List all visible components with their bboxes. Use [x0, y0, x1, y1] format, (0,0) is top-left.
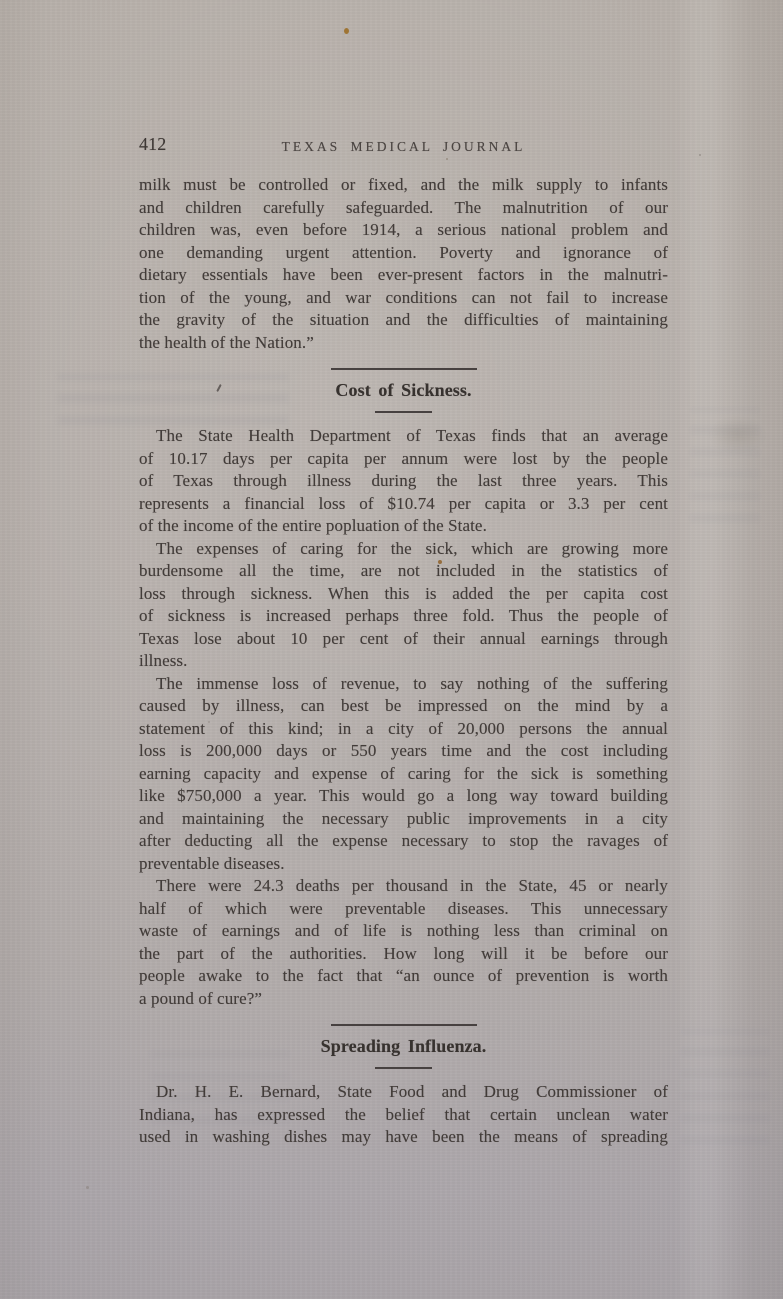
text-line: milk must be controlled or fixed, and th… [139, 174, 668, 197]
paragraph: The expenses of caring for the sick, whi… [139, 538, 668, 673]
article-body: milk must be controlled or fixed, and th… [139, 174, 668, 1149]
text-line: and children carefully safeguarded. The … [139, 197, 668, 220]
text-line: caused by illness, can best be impressed… [139, 695, 668, 718]
section-divider-rule [331, 368, 477, 370]
text-line: Dr. H. E. Bernard, State Food and Drug C… [139, 1081, 668, 1104]
text-line: the part of the authorities. How long wi… [139, 943, 668, 966]
text-line: the health of the Nation.” [139, 332, 668, 355]
section-heading-spreading-influenza: Spreading Influenza. [139, 1035, 668, 1057]
text-line: The immense loss of revenue, to say noth… [139, 673, 668, 696]
text-line: There were 24.3 deaths per thousand in t… [139, 875, 668, 898]
text-line: of 10.17 days per capita per annum were … [139, 448, 668, 471]
text-line: burdensome all the time, are not include… [139, 560, 668, 583]
paragraph: There were 24.3 deaths per thousand in t… [139, 875, 668, 1010]
scanned-page: 412 TEXAS MEDICAL JOURNAL milk must be c… [0, 0, 783, 1299]
text-line: The State Health Department of Texas fin… [139, 425, 668, 448]
text-line: earning capacity and expense of caring f… [139, 763, 668, 786]
text-line: the gravity of the situation and the dif… [139, 309, 668, 332]
paper-speck [86, 1186, 89, 1189]
text-line: loss through sickness. When this is adde… [139, 583, 668, 606]
text-line: one demanding urgent attention. Poverty … [139, 242, 668, 265]
page-number: 412 [139, 133, 166, 156]
page-header: 412 TEXAS MEDICAL JOURNAL [139, 132, 668, 156]
show-through-ghosting [690, 408, 760, 528]
section-divider-rule [331, 1024, 477, 1026]
paper-speck [699, 154, 701, 156]
text-line: represents a financial loss of $10.74 pe… [139, 493, 668, 516]
text-line: after deducting all the expense necessar… [139, 830, 668, 853]
text-line: of the income of the entire popluation o… [139, 515, 668, 538]
show-through-ghosting [680, 1030, 770, 1150]
text-line: of Texas through illness during the last… [139, 470, 668, 493]
text-line: preventable diseases. [139, 853, 668, 876]
paper-speck [344, 28, 349, 34]
text-line: and maintaining the necessary public imp… [139, 808, 668, 831]
text-column: 412 TEXAS MEDICAL JOURNAL milk must be c… [139, 132, 668, 1149]
paragraph: Dr. H. E. Bernard, State Food and Drug C… [139, 1081, 668, 1149]
paragraph: The immense loss of revenue, to say noth… [139, 673, 668, 876]
paragraph-continuation: milk must be controlled or fixed, and th… [139, 174, 668, 354]
text-line: half of which were preventable diseases.… [139, 898, 668, 921]
text-line: loss is 200,000 days or 550 years time a… [139, 740, 668, 763]
text-line: The expenses of caring for the sick, whi… [139, 538, 668, 561]
text-line: dietary essentials have been ever-presen… [139, 264, 668, 287]
text-line: used in washing dishes may have been the… [139, 1126, 668, 1149]
journal-title: TEXAS MEDICAL JOURNAL [139, 132, 668, 159]
paragraph: The State Health Department of Texas fin… [139, 425, 668, 538]
text-line: Texas lose about 10 per cent of their an… [139, 628, 668, 651]
text-line: children was, even before 1914, a seriou… [139, 219, 668, 242]
heading-underline-rule [375, 411, 432, 413]
text-line: a pound of cure?” [139, 988, 668, 1011]
text-line: people awake to the fact that “an ounce … [139, 965, 668, 988]
text-line: illness. [139, 650, 668, 673]
text-line: tion of the young, and war conditions ca… [139, 287, 668, 310]
text-line: statement of this kind; in a city of 20,… [139, 718, 668, 741]
paper-smudge [710, 418, 765, 452]
text-line: like $750,000 a year. This would go a lo… [139, 785, 668, 808]
heading-underline-rule [375, 1067, 432, 1069]
text-line: waste of earnings and of life is nothing… [139, 920, 668, 943]
text-line: Indiana, has expressed the belief that c… [139, 1104, 668, 1127]
text-line: of sickness is increased perhaps three f… [139, 605, 668, 628]
